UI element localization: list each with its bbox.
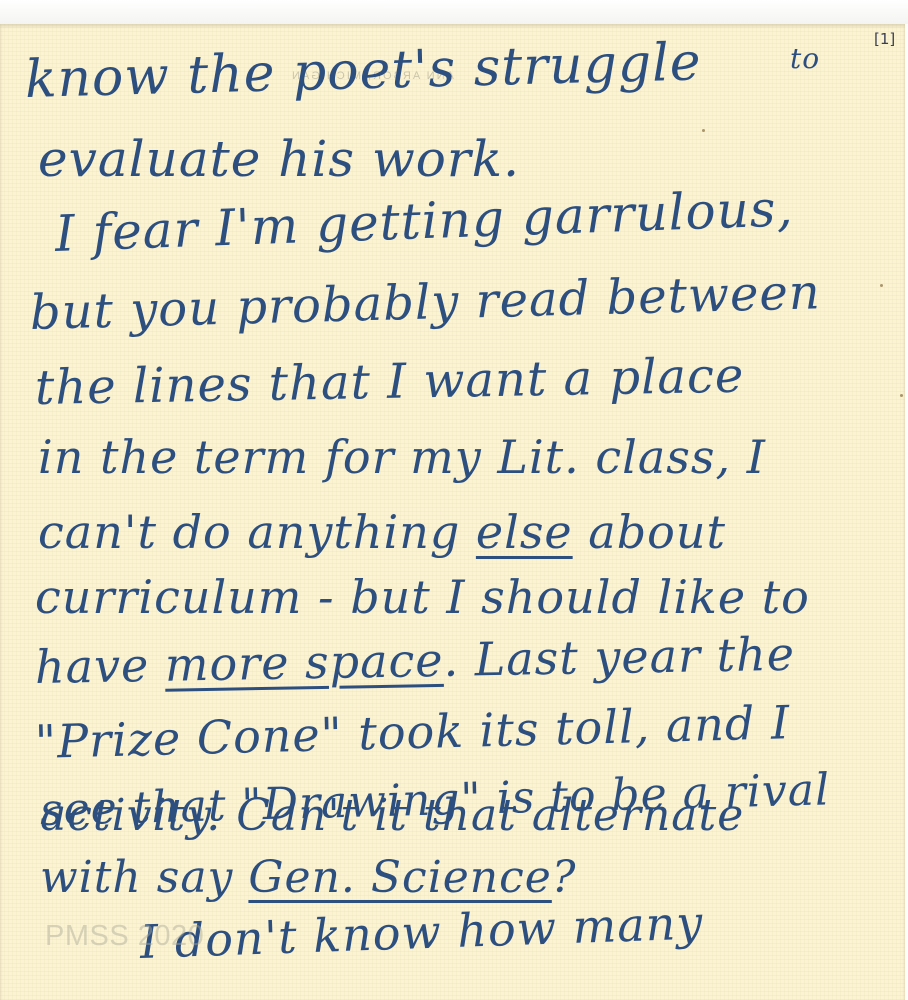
underlined-phrase-gen-science: Gen. Science	[248, 852, 551, 903]
paper-speck	[702, 129, 705, 132]
paper-speck	[900, 394, 903, 397]
line-9-post: . Last year the	[443, 627, 795, 687]
handwritten-line-8: curriculum - but I should like to	[35, 570, 810, 624]
underlined-word-else: else	[476, 505, 573, 559]
archive-watermark: PMSS 2020	[45, 920, 204, 953]
line-7-pre: can't do anything	[38, 505, 476, 559]
underlined-phrase-more-space: more space	[164, 633, 444, 692]
scanner-margin	[0, 0, 908, 24]
line-9-pre: have	[35, 638, 166, 694]
handwritten-line-12: activity. Can't it that alternate	[40, 790, 744, 841]
handwritten-line-13: with say Gen. Science?	[40, 852, 576, 903]
handwritten-line-2: evaluate his work.	[38, 130, 520, 188]
scanned-document: ANN ARBOR, MICHIGAN [1] know the poet's …	[0, 0, 908, 1000]
line-7-post: about	[573, 505, 726, 559]
line-13-post: ?	[552, 852, 577, 903]
paper-speck	[880, 284, 883, 287]
handwritten-line-6: in the term for my Lit. class, I	[38, 430, 766, 484]
handwritten-insert-to: to	[790, 42, 820, 75]
page-number-marker: [1]	[874, 30, 895, 48]
line-13-pre: with say	[40, 852, 248, 903]
handwritten-line-7: can't do anything else about	[38, 505, 726, 559]
